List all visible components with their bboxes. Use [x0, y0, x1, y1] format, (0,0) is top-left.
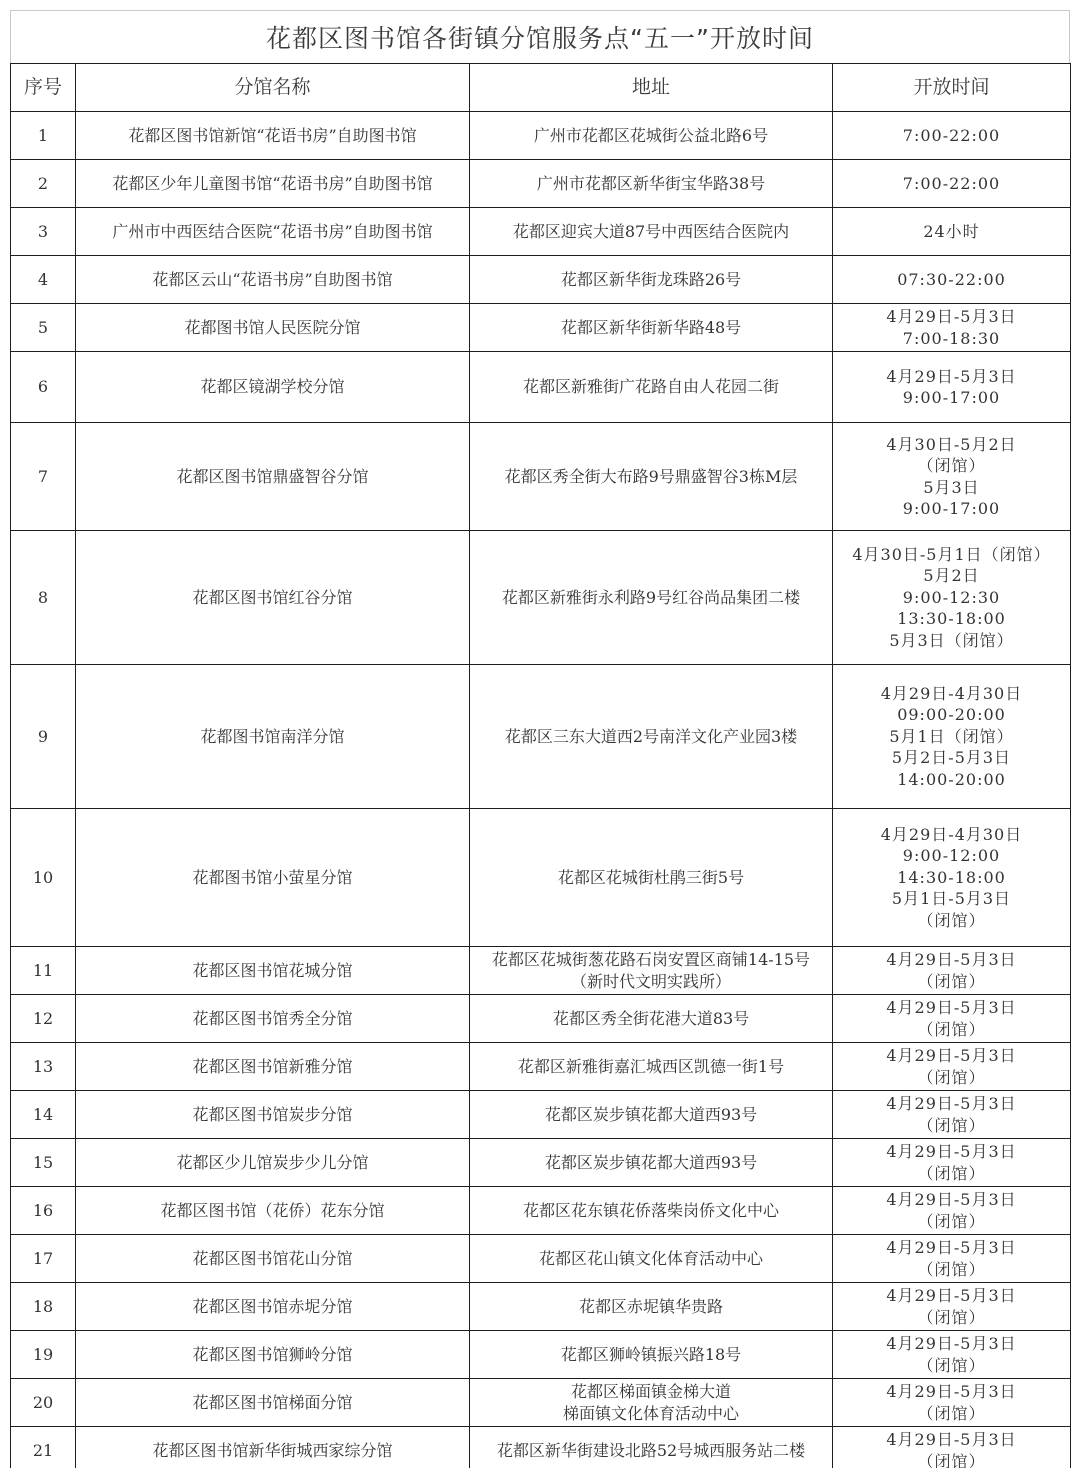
- cell-open-hours: 4月29日-5月3日 7:00-18:30: [833, 304, 1071, 352]
- cell-index: 18: [11, 1283, 76, 1331]
- cell-branch-name: 花都区图书馆新雅分馆: [76, 1043, 470, 1091]
- cell-index: 20: [11, 1379, 76, 1427]
- column-header-index: 序号: [11, 64, 76, 112]
- cell-open-hours: 4月29日-4月30日 09:00-20:00 5月1日（闭馆） 5月2日-5月…: [833, 665, 1071, 809]
- cell-index: 3: [11, 208, 76, 256]
- table-row: 11花都区图书馆花城分馆花都区花城街葱花路石岗安置区商铺14-15号 （新时代文…: [11, 947, 1071, 995]
- cell-branch-name: 花都图书馆南洋分馆: [76, 665, 470, 809]
- cell-address: 花都区炭步镇花都大道西93号: [470, 1091, 833, 1139]
- cell-open-hours: 4月29日-5月3日 （闭馆）: [833, 1139, 1071, 1187]
- cell-address: 花都区新雅街永利路9号红谷尚品集团二楼: [470, 531, 833, 665]
- table-row: 8花都区图书馆红谷分馆花都区新雅街永利路9号红谷尚品集团二楼4月30日-5月1日…: [11, 531, 1071, 665]
- cell-index: 21: [11, 1427, 76, 1468]
- cell-open-hours: 7:00-22:00: [833, 160, 1071, 208]
- cell-address: 花都区秀全街大布路9号鼎盛智谷3栋M层: [470, 423, 833, 531]
- table-row: 9花都图书馆南洋分馆花都区三东大道西2号南洋文化产业园3楼4月29日-4月30日…: [11, 665, 1071, 809]
- cell-open-hours: 4月29日-5月3日 9:00-17:00: [833, 352, 1071, 423]
- cell-index: 6: [11, 352, 76, 423]
- page-title: 花都区图书馆各街镇分馆服务点“五一”开放时间: [266, 19, 814, 55]
- cell-address: 花都区花山镇文化体育活动中心: [470, 1235, 833, 1283]
- table-row: 21花都区图书馆新华街城西家综分馆花都区新华街建设北路52号城西服务站二楼4月2…: [11, 1427, 1071, 1468]
- table-row: 15花都区少儿馆炭步少儿分馆花都区炭步镇花都大道西93号4月29日-5月3日 （…: [11, 1139, 1071, 1187]
- cell-index: 7: [11, 423, 76, 531]
- cell-index: 4: [11, 256, 76, 304]
- cell-index: 8: [11, 531, 76, 665]
- cell-address: 花都区三东大道西2号南洋文化产业园3楼: [470, 665, 833, 809]
- cell-branch-name: 花都区少年儿童图书馆“花语书房”自助图书馆: [76, 160, 470, 208]
- cell-open-hours: 7:00-22:00: [833, 112, 1071, 160]
- cell-open-hours: 07:30-22:00: [833, 256, 1071, 304]
- cell-branch-name: 花都区图书馆炭步分馆: [76, 1091, 470, 1139]
- table-body: 1花都区图书馆新馆“花语书房”自助图书馆广州市花都区花城街公益北路6号7:00-…: [11, 112, 1071, 1468]
- cell-branch-name: 花都区图书馆秀全分馆: [76, 995, 470, 1043]
- schedule-document: 花都区图书馆各街镇分馆服务点“五一”开放时间 序号 分馆名称 地址 开放时间 1…: [10, 10, 1070, 1468]
- cell-open-hours: 4月29日-5月3日 （闭馆）: [833, 1043, 1071, 1091]
- column-header-address: 地址: [470, 64, 833, 112]
- table-row: 6花都区镜湖学校分馆花都区新雅街广花路自由人花园二街4月29日-5月3日 9:0…: [11, 352, 1071, 423]
- table-row: 10花都图书馆小萤星分馆花都区花城街杜鹃三街5号4月29日-4月30日 9:00…: [11, 809, 1071, 947]
- table-row: 5花都图书馆人民医院分馆花都区新华街新华路48号4月29日-5月3日 7:00-…: [11, 304, 1071, 352]
- table-row: 14花都区图书馆炭步分馆花都区炭步镇花都大道西93号4月29日-5月3日 （闭馆…: [11, 1091, 1071, 1139]
- column-header-name: 分馆名称: [76, 64, 470, 112]
- cell-address: 花都区秀全街花港大道83号: [470, 995, 833, 1043]
- branch-hours-table: 序号 分馆名称 地址 开放时间 1花都区图书馆新馆“花语书房”自助图书馆广州市花…: [10, 63, 1071, 1468]
- cell-branch-name: 花都图书馆人民医院分馆: [76, 304, 470, 352]
- cell-branch-name: 花都区图书馆梯面分馆: [76, 1379, 470, 1427]
- cell-index: 13: [11, 1043, 76, 1091]
- cell-branch-name: 花都区图书馆鼎盛智谷分馆: [76, 423, 470, 531]
- cell-open-hours: 4月29日-5月3日 （闭馆）: [833, 1427, 1071, 1468]
- table-row: 4花都区云山“花语书房”自助图书馆花都区新华街龙珠路26号07:30-22:00: [11, 256, 1071, 304]
- cell-branch-name: 花都区云山“花语书房”自助图书馆: [76, 256, 470, 304]
- cell-open-hours: 4月30日-5月2日 （闭馆） 5月3日 9:00-17:00: [833, 423, 1071, 531]
- cell-address: 花都区新华街龙珠路26号: [470, 256, 833, 304]
- cell-open-hours: 4月29日-5月3日 （闭馆）: [833, 1235, 1071, 1283]
- table-row: 3广州市中西医结合医院“花语书房”自助图书馆花都区迎宾大道87号中西医结合医院内…: [11, 208, 1071, 256]
- cell-address: 花都区迎宾大道87号中西医结合医院内: [470, 208, 833, 256]
- cell-open-hours: 4月29日-5月3日 （闭馆）: [833, 995, 1071, 1043]
- cell-address: 广州市花都区花城街公益北路6号: [470, 112, 833, 160]
- cell-open-hours: 4月29日-5月3日 （闭馆）: [833, 1091, 1071, 1139]
- column-header-hours: 开放时间: [833, 64, 1071, 112]
- cell-open-hours: 4月30日-5月1日（闭馆） 5月2日 9:00-12:30 13:30-18:…: [833, 531, 1071, 665]
- cell-address: 花都区新雅街广花路自由人花园二街: [470, 352, 833, 423]
- cell-branch-name: 花都区图书馆狮岭分馆: [76, 1331, 470, 1379]
- cell-branch-name: 花都区图书馆（花侨）花东分馆: [76, 1187, 470, 1235]
- table-row: 1花都区图书馆新馆“花语书房”自助图书馆广州市花都区花城街公益北路6号7:00-…: [11, 112, 1071, 160]
- cell-open-hours: 4月29日-5月3日 （闭馆）: [833, 947, 1071, 995]
- cell-address: 花都区花城街杜鹃三街5号: [470, 809, 833, 947]
- table-row: 13花都区图书馆新雅分馆花都区新雅街嘉汇城西区凯德一街1号4月29日-5月3日 …: [11, 1043, 1071, 1091]
- cell-index: 15: [11, 1139, 76, 1187]
- cell-index: 14: [11, 1091, 76, 1139]
- cell-index: 10: [11, 809, 76, 947]
- cell-address: 花都区狮岭镇振兴路18号: [470, 1331, 833, 1379]
- table-row: 16花都区图书馆（花侨）花东分馆花都区花东镇花侨落柴岗侨文化中心4月29日-5月…: [11, 1187, 1071, 1235]
- cell-branch-name: 花都图书馆小萤星分馆: [76, 809, 470, 947]
- cell-branch-name: 花都区图书馆花山分馆: [76, 1235, 470, 1283]
- cell-index: 12: [11, 995, 76, 1043]
- cell-branch-name: 花都区镜湖学校分馆: [76, 352, 470, 423]
- table-row: 2花都区少年儿童图书馆“花语书房”自助图书馆广州市花都区新华街宝华路38号7:0…: [11, 160, 1071, 208]
- table-header-row: 序号 分馆名称 地址 开放时间: [11, 64, 1071, 112]
- table-row: 12花都区图书馆秀全分馆花都区秀全街花港大道83号4月29日-5月3日 （闭馆）: [11, 995, 1071, 1043]
- cell-branch-name: 花都区图书馆新华街城西家综分馆: [76, 1427, 470, 1468]
- cell-address: 广州市花都区新华街宝华路38号: [470, 160, 833, 208]
- cell-open-hours: 4月29日-5月3日 （闭馆）: [833, 1379, 1071, 1427]
- cell-index: 2: [11, 160, 76, 208]
- cell-branch-name: 广州市中西医结合医院“花语书房”自助图书馆: [76, 208, 470, 256]
- cell-address: 花都区花东镇花侨落柴岗侨文化中心: [470, 1187, 833, 1235]
- cell-address: 花都区新华街建设北路52号城西服务站二楼: [470, 1427, 833, 1468]
- cell-open-hours: 4月29日-5月3日 （闭馆）: [833, 1283, 1071, 1331]
- table-row: 19花都区图书馆狮岭分馆花都区狮岭镇振兴路18号4月29日-5月3日 （闭馆）: [11, 1331, 1071, 1379]
- cell-branch-name: 花都区图书馆红谷分馆: [76, 531, 470, 665]
- cell-open-hours: 24小时: [833, 208, 1071, 256]
- cell-address: 花都区赤坭镇华贵路: [470, 1283, 833, 1331]
- cell-address: 花都区梯面镇金梯大道 梯面镇文化体育活动中心: [470, 1379, 833, 1427]
- cell-address: 花都区花城街葱花路石岗安置区商铺14-15号 （新时代文明实践所）: [470, 947, 833, 995]
- cell-index: 11: [11, 947, 76, 995]
- cell-open-hours: 4月29日-4月30日 9:00-12:00 14:30-18:00 5月1日-…: [833, 809, 1071, 947]
- cell-address: 花都区新雅街嘉汇城西区凯德一街1号: [470, 1043, 833, 1091]
- cell-index: 1: [11, 112, 76, 160]
- cell-address: 花都区新华街新华路48号: [470, 304, 833, 352]
- cell-index: 9: [11, 665, 76, 809]
- title-banner: 花都区图书馆各街镇分馆服务点“五一”开放时间: [10, 10, 1070, 63]
- table-row: 17花都区图书馆花山分馆花都区花山镇文化体育活动中心4月29日-5月3日 （闭馆…: [11, 1235, 1071, 1283]
- cell-index: 17: [11, 1235, 76, 1283]
- cell-index: 5: [11, 304, 76, 352]
- cell-index: 19: [11, 1331, 76, 1379]
- table-row: 18花都区图书馆赤坭分馆花都区赤坭镇华贵路4月29日-5月3日 （闭馆）: [11, 1283, 1071, 1331]
- table-row: 7花都区图书馆鼎盛智谷分馆花都区秀全街大布路9号鼎盛智谷3栋M层4月30日-5月…: [11, 423, 1071, 531]
- cell-open-hours: 4月29日-5月3日 （闭馆）: [833, 1187, 1071, 1235]
- cell-branch-name: 花都区图书馆新馆“花语书房”自助图书馆: [76, 112, 470, 160]
- table-row: 20花都区图书馆梯面分馆花都区梯面镇金梯大道 梯面镇文化体育活动中心4月29日-…: [11, 1379, 1071, 1427]
- cell-open-hours: 4月29日-5月3日 （闭馆）: [833, 1331, 1071, 1379]
- cell-branch-name: 花都区少儿馆炭步少儿分馆: [76, 1139, 470, 1187]
- cell-branch-name: 花都区图书馆赤坭分馆: [76, 1283, 470, 1331]
- cell-index: 16: [11, 1187, 76, 1235]
- cell-branch-name: 花都区图书馆花城分馆: [76, 947, 470, 995]
- cell-address: 花都区炭步镇花都大道西93号: [470, 1139, 833, 1187]
